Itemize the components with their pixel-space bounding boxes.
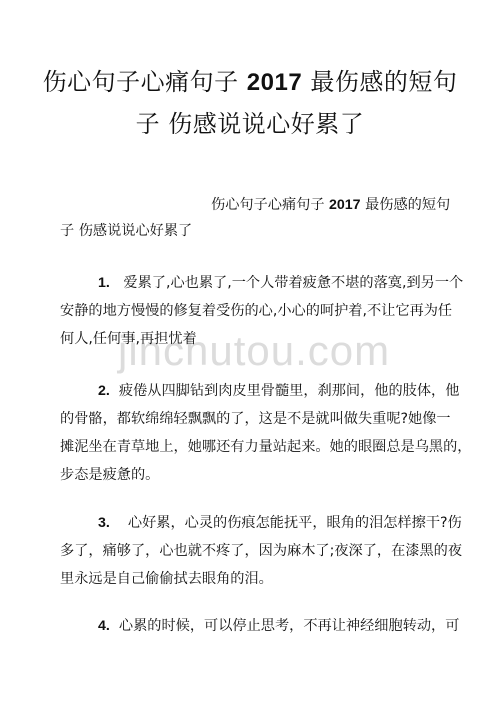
subtitle-text: 最伤感的短句	[361, 197, 451, 213]
title-text: 伤心句子心痛句子	[43, 68, 247, 96]
list-item-1-line-1: 1. 爱累了,心也累了,一个人带着疲惫不堪的落寞,到另一个	[98, 272, 463, 292]
list-number: 2.	[98, 383, 110, 399]
list-item-2-line-4: 步态是疲惫的。	[60, 464, 159, 484]
subtitle-year: 2017	[329, 197, 361, 213]
list-text: 爱累了,心也累了,一个人带着疲惫不堪的落寞,到另一个	[123, 275, 463, 291]
list-item-1-line-3: 何人,任何事,再担忧着	[60, 328, 197, 348]
list-number: 3.	[98, 515, 110, 531]
subtitle-text: 伤心句子心痛句子	[211, 197, 329, 213]
list-text: 疲倦从四脚钻到肉皮里骨髓里，刹那间，他的肢体，他	[119, 383, 460, 399]
list-number: 4.	[98, 618, 110, 634]
title-year: 2017	[247, 69, 302, 96]
list-item-2-line-2: 的骨骼，都软绵绵轻飘飘的了，这是不是就叫做失重呢?她像一	[60, 408, 451, 428]
list-text: 心好累，心灵的伤痕怎能抚平，眼角的泪怎样擦干?伤	[128, 515, 462, 531]
list-item-4-line-1: 4. 心累的时候，可以停止思考，不再让神经细胞转动，可	[98, 615, 459, 635]
list-text: 心累的时候，可以停止思考，不再让神经细胞转动，可	[119, 618, 460, 634]
subtitle-line-1: 伤心句子心痛句子 2017 最伤感的短句	[211, 194, 450, 214]
document-title-line-2: 子 伤感说说心好累了	[0, 104, 500, 139]
list-item-2-line-3: 摊泥坐在青草地上，她哪还有力量站起来。她的眼圈总是乌黑的，	[60, 436, 471, 456]
list-item-3-line-3: 里永远是自己偷偷拭去眼角的泪。	[60, 568, 273, 588]
title-text: 最伤感的短句	[302, 68, 457, 96]
list-item-3-line-2: 多了，痛够了，心也就不疼了，因为麻木了;夜深了，在漆黑的夜	[60, 540, 462, 560]
list-item-2-line-1: 2. 疲倦从四脚钻到肉皮里骨髓里，刹那间，他的肢体，他	[98, 380, 459, 400]
list-item-1-line-2: 安静的地方慢慢的修复着受伤的心,小心的呵护着,不让它再为任	[60, 300, 452, 320]
subtitle-line-2: 子 伤感说说心好累了	[60, 220, 192, 240]
list-number: 1.	[98, 275, 110, 291]
list-item-3-line-1: 3. 心好累，心灵的伤痕怎能抚平，眼角的泪怎样擦干?伤	[98, 512, 462, 532]
document-title-line-1: 伤心句子心痛句子 2017 最伤感的短句	[0, 62, 500, 97]
